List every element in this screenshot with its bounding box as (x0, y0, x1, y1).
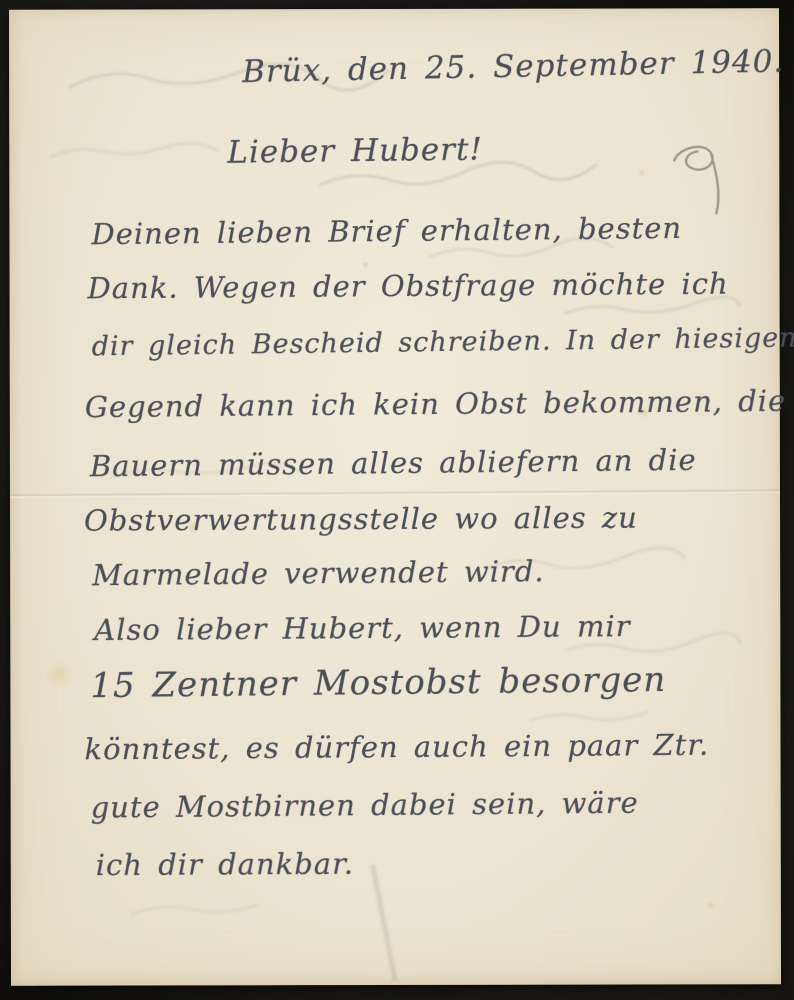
letter-body-line: Marmelade verwendet wird. (92, 554, 545, 592)
letter-body-line: Obstverwertungsstelle wo alles zu (84, 501, 638, 538)
letter-dateline: Brüx, den 25. September 1940. (242, 43, 785, 90)
paper-stain (46, 658, 72, 692)
letter-body-line: 15 Zentner Mostobst besorgen (90, 660, 666, 706)
letter-salutation: Lieber Hubert! (227, 131, 483, 170)
letter-body-line: Deinen lieben Brief erhalten, besten (91, 211, 682, 251)
letter-body-line: Bauern müssen alles abliefern an die (90, 443, 697, 484)
letter-body-line: Also lieber Hubert, wenn Du mir (94, 609, 631, 647)
letter-body-line: könntest, es dürfen auch ein paar Ztr. (84, 728, 709, 767)
letter-body-line: Gegend kann ich kein Obst bekommen, die (85, 384, 787, 424)
letter-body-line: dir gleich Bescheid schreiben. In der hi… (92, 322, 794, 362)
paper-stain (706, 901, 716, 910)
fold-crease (10, 489, 780, 499)
letter-body-line: Dank. Wegen der Obstfrage möchte ich (87, 267, 728, 306)
paper-stain (637, 168, 646, 176)
paper-stain (362, 261, 370, 269)
letter-body-line: gute Mostbirnen dabei sein, wäre (91, 786, 639, 825)
letter-body-line: ich dir dankbar. (96, 847, 354, 882)
letter-paper: Brüx, den 25. September 1940. Lieber Hub… (9, 8, 781, 986)
